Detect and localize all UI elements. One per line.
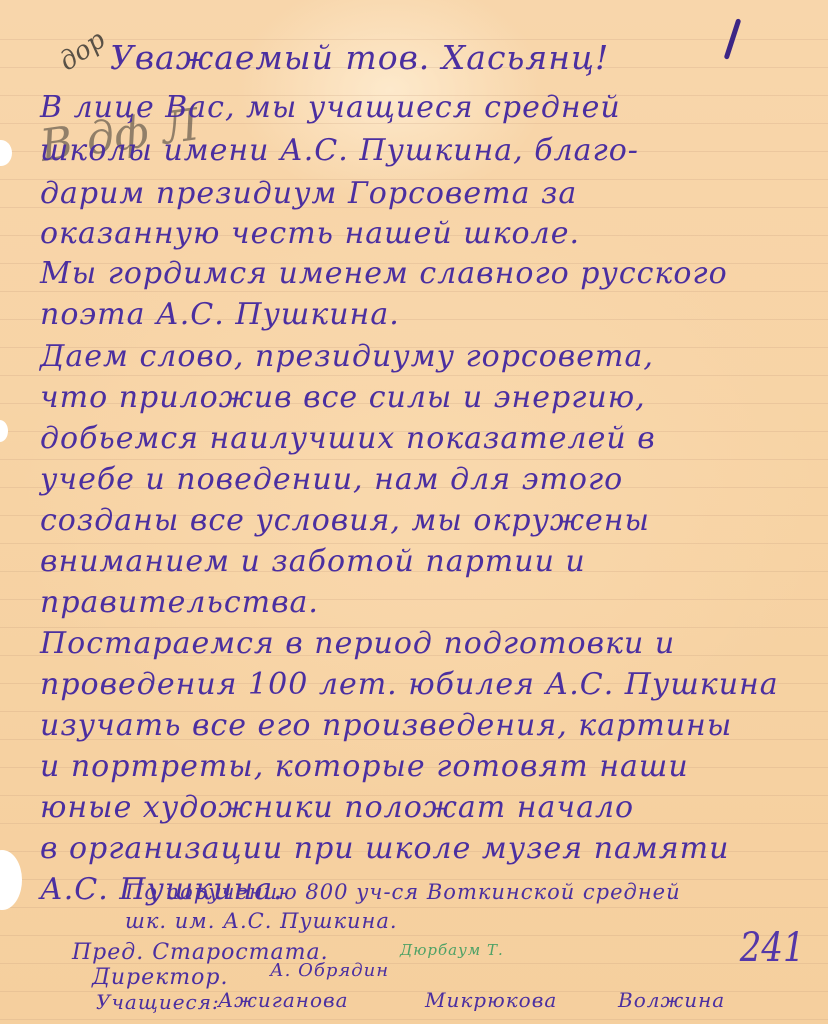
- director-signature: А. Обрядин: [270, 960, 389, 981]
- body-line: В лице Вас, мы учащиеся средней: [40, 90, 621, 125]
- student-signature: Волжина: [618, 988, 725, 1012]
- body-line: дарим президиум Горсовета за: [40, 176, 577, 211]
- chair-signature: Дюрбаум Т.: [400, 941, 504, 959]
- body-line: поэта А.С. Пушкина.: [40, 297, 400, 332]
- exclamation-mark-stroke: [724, 18, 742, 59]
- paper-tear: [0, 850, 22, 910]
- body-line: добьемся наилучших показателей в: [40, 421, 656, 456]
- closing-line: шк. им. А.С. Пушкина.: [125, 909, 398, 933]
- student-signature: Ажиганова: [218, 988, 349, 1012]
- body-line: и портреты, которые готовят наши: [40, 749, 689, 784]
- director-label: Директор.: [92, 965, 228, 990]
- paper-tear: [0, 140, 12, 166]
- body-line: оказанную честь нашей школе.: [40, 216, 580, 251]
- body-line: проведения 100 лет. юбилея А.С. Пушкина: [40, 667, 779, 702]
- body-line: вниманием и заботой партии и: [40, 544, 586, 579]
- paper-tear: [0, 420, 8, 442]
- body-line: изучать все его произведения, картины: [40, 708, 732, 743]
- body-line: юные художники положат начало: [40, 790, 634, 825]
- students-label: Учащиеся:: [96, 990, 220, 1014]
- student-signature: Микрюкова: [425, 988, 557, 1012]
- body-line: Мы гордимся именем славного русского: [40, 256, 728, 291]
- salutation: Уважаемый тов. Хасьянц!: [110, 38, 609, 77]
- body-line: Даем слово, президиуму горсовета,: [40, 339, 654, 374]
- body-line: созданы все условия, мы окружены: [40, 503, 650, 538]
- archive-page-number: 241: [740, 925, 805, 971]
- body-line: правительства.: [40, 585, 319, 620]
- body-line: Постараемся в период подготовки и: [40, 626, 675, 661]
- letter-page: дор В дф Л Уважаемый тов. Хасьянц! В лиц…: [0, 0, 828, 1024]
- body-line: что приложив все силы и энергию,: [40, 380, 646, 415]
- closing-line: По поручению 800 уч-ся Воткинской средне…: [125, 880, 681, 904]
- body-line: школы имени А.С. Пушкина, благо-: [40, 133, 639, 168]
- pencil-note-top-left: дор: [54, 25, 111, 78]
- body-line: учебе и поведении, нам для этого: [40, 462, 623, 497]
- body-line: в организации при школе музея памяти: [40, 831, 729, 866]
